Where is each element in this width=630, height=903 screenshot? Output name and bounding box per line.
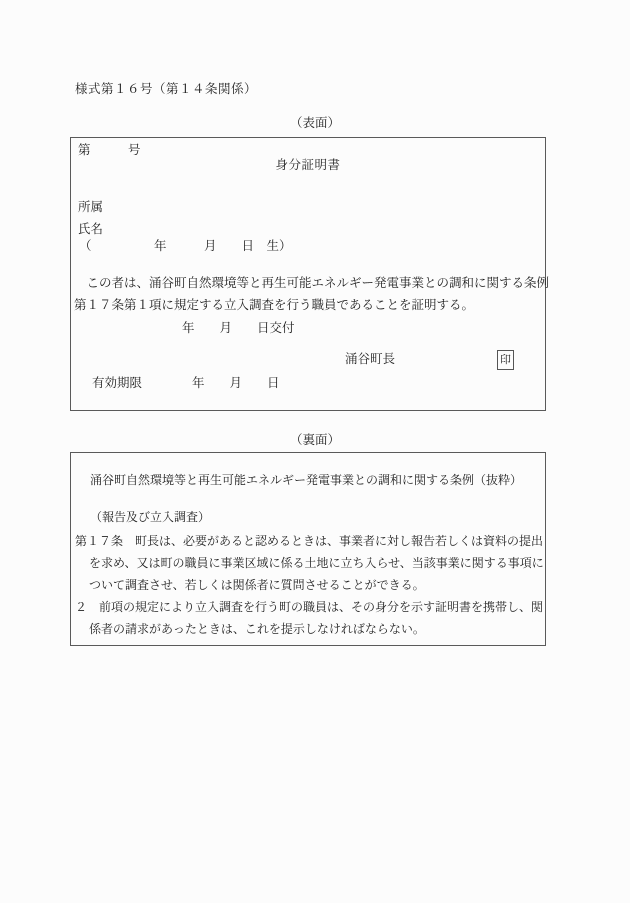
validity-row: 有効期限年 月 日: [92, 377, 280, 390]
seal-mark: 印: [500, 354, 511, 366]
paragraph2-line-1: ２ 前項の規定により立入調査を行う町の職員は、その身分を示す証明書を携帯し、関: [75, 601, 543, 613]
section-heading: （報告及び立入調査）: [90, 511, 210, 523]
name-label: 氏名: [78, 223, 103, 236]
mayor-signature-label: 涌谷町長: [345, 353, 395, 366]
affiliation-label: 所属: [78, 201, 103, 214]
certify-statement-line-1: この者は、涌谷町自然環境等と再生可能エネルギー発電事業との調和に関する条例: [74, 277, 549, 290]
validity-label: 有効期限: [92, 376, 142, 390]
certificate-title: 身分証明書: [71, 159, 545, 172]
certify-statement-line-2: 第１７条第１項に規定する立入調査を行う職員であることを証明する。: [74, 299, 474, 312]
id-card-front-box: 第 号 身分証明書 所属 氏名 （ 年 月 日 生） この者は、涌谷町自然環境等…: [70, 137, 546, 411]
back-side-label: （裏面）: [0, 433, 630, 449]
front-side-label: （表面）: [0, 116, 630, 132]
seal-mark-box: 印: [497, 350, 514, 370]
issue-date-line: 年 月 日交付: [182, 322, 295, 335]
certificate-number-line: 第 号: [78, 144, 141, 157]
id-card-back-box: 涌谷町自然環境等と再生可能エネルギー発電事業との調和に関する条例（抜粋） （報告…: [70, 452, 546, 646]
form-number-label: 様式第１６号（第１４条関係）: [75, 82, 257, 98]
article17-line-1: 第１７条 町長は、必要があると認めるときは、事業者に対し報告若しくは資料の提出: [75, 535, 543, 547]
article17-line-3: ついて調査させ、若しくは関係者に質問させることができる。: [89, 579, 425, 591]
paragraph2-line-2: 係者の請求があったときは、これを提示しなければならない。: [89, 623, 425, 635]
birth-date-line: （ 年 月 日 生）: [79, 240, 292, 253]
ordinance-title: 涌谷町自然環境等と再生可能エネルギー発電事業との調和に関する条例（抜粋）: [90, 474, 522, 486]
article17-line-2: を求め、又は町の職員に事業区域に係る土地に立ち入らせ、当該事業に関する事項に: [89, 557, 544, 569]
validity-date-line: 年 月 日: [192, 376, 280, 390]
